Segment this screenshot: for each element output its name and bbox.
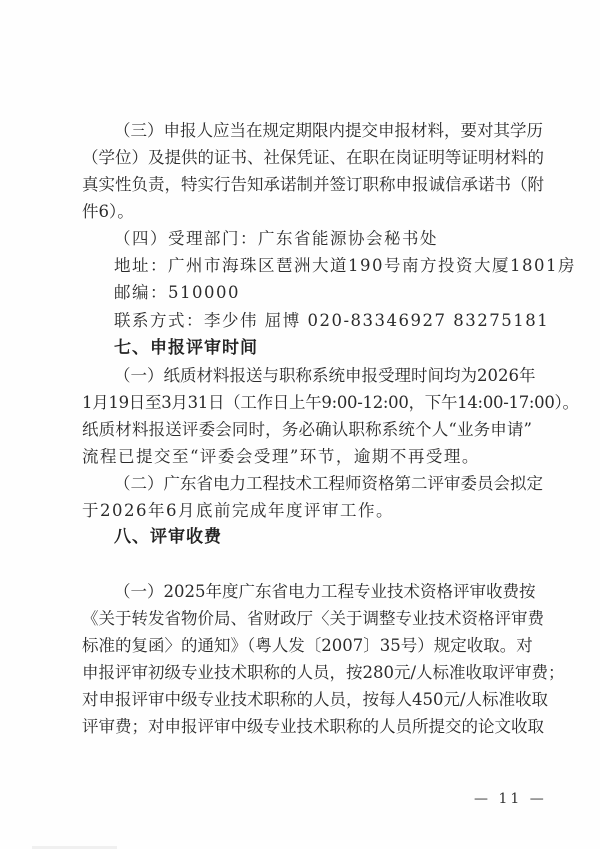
section-7-p1-line-1: （一）纸质材料报送与职称系统申报受理时间均为2026年 (114, 362, 532, 389)
contact-line: 联系方式：李少伟 屈博 020-83346927 83275181 (114, 307, 564, 334)
postcode-line: 邮编：510000 (114, 279, 564, 306)
section-8-p1-line-2: 《关于转发省物价局、省财政厅〈关于调整专业技术资格评审费 (82, 605, 532, 632)
paragraph-3-line-3: 真实性负责，特实行告知承诺制并签订职称申报诚信承诺书（附 (82, 171, 532, 198)
section-7-p2-line-1: （二）广东省电力工程技术工程师资格第二评审委员会拟定 (114, 470, 532, 497)
section-8-heading: 八、评审收费 (114, 524, 222, 551)
section-8-p1-line-3: 标准的复函〉的通知》（粤人发〔2007〕35号）规定收取。对 (82, 632, 532, 659)
section-7-p1-line-4: 流程已提交至“评委会受理”环节，逾期不再受理。 (82, 443, 532, 470)
paragraph-3-line-1: （三）申报人应当在规定期限内提交申报材料，要对其学历 (114, 117, 532, 144)
section-7-p2-line-2: 于2026年6月底前完成年度评审工作。 (82, 497, 532, 524)
paragraph-3-line-4: 件6）。 (82, 198, 532, 225)
paragraph-3-line-2: （学位）及提供的证书、社保凭证、在职在岗证明等证明材料的 (82, 144, 532, 171)
page-number: — 11 — (474, 791, 547, 807)
section-8-p1-line-4: 申报评审初级专业技术职称的人员，按280元/人标准收取评审费； (82, 659, 532, 686)
section-7-p1-line-2: 1月19日至3月31日（工作日上午9:00-12:00，下午14:00-17:0… (82, 389, 532, 416)
paragraph-4-line-1: （四）受理部门：广东省能源协会秘书处 (114, 225, 564, 252)
section-8-p1-line-5: 对申报评审中级专业技术职称的人员，按每人450元/人标准收取 (82, 686, 532, 713)
section-8-p1-line-1: （一）2025年度广东省电力工程专业技术资格评审收费按 (114, 578, 532, 605)
section-7-p1-line-3: 纸质材料报送评委会同时，务必确认职称系统个人“业务申请” (82, 416, 532, 443)
document-page: （三）申报人应当在规定期限内提交申报材料，要对其学历 （学位）及提供的证书、社保… (0, 0, 600, 849)
section-8-p1-line-6: 评审费；对申报评审中级专业技术职称的人员所提交的论文收取 (82, 713, 532, 740)
address-line: 地址：广州市海珠区琶洲大道190号南方投资大厦1801房 (114, 252, 564, 279)
section-7-heading: 七、申报评审时间 (114, 335, 258, 362)
